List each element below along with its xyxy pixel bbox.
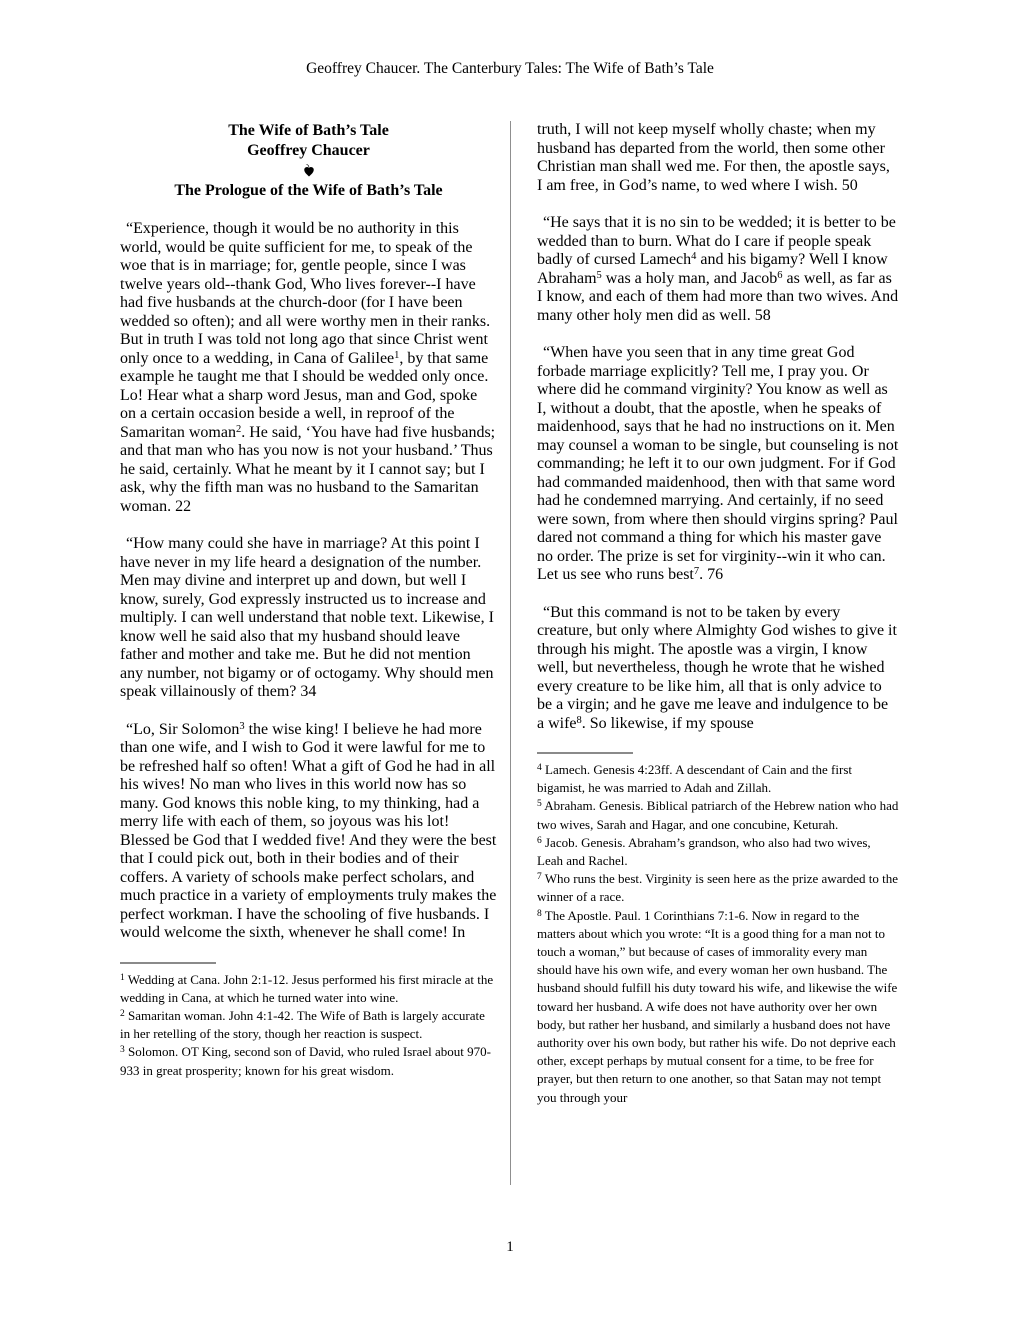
footnote-ref: 2 (236, 424, 241, 435)
footnote-ref: 5 (597, 270, 602, 281)
footnote-4: 4 Lamech. Genesis 4:23ff. A descendant o… (537, 761, 899, 797)
ornament-line (120, 161, 497, 181)
footnote-ref: 1 (120, 973, 125, 983)
footnote-3: 3 Solomon. OT King, second son of David,… (120, 1043, 497, 1079)
footnote-ref: 7 (694, 566, 699, 577)
page-number: 1 (0, 1238, 1020, 1256)
author-name: Geoffrey Chaucer (120, 141, 497, 161)
footnote-ref: 2 (120, 1009, 125, 1019)
footnote-7: 7 Who runs the best. Virginity is seen h… (537, 870, 899, 906)
footnote-separator (537, 752, 633, 754)
footnote-ref: 3 (239, 721, 244, 732)
paragraph-how-many: “How many could she have in marriage? At… (120, 535, 497, 702)
right-column: truth, I will not keep myself wholly cha… (537, 121, 899, 1185)
document-title: The Wife of Bath’s Tale (120, 121, 497, 141)
footnote-ref: 4 (691, 251, 696, 262)
running-header: Geoffrey Chaucer. The Canterbury Tales: … (0, 60, 1020, 78)
paragraph-but-this-command: “But this command is not to be taken by … (537, 604, 899, 734)
footnote-ref: 6 (537, 836, 542, 846)
document-page: Geoffrey Chaucer. The Canterbury Tales: … (0, 0, 1020, 1320)
floral-heart-icon (303, 161, 315, 178)
title-block: The Wife of Bath’s Tale Geoffrey Chaucer… (120, 121, 497, 201)
footnote-ref: 3 (120, 1045, 125, 1055)
footnote-1: 1 Wedding at Cana. John 2:1-12. Jesus pe… (120, 971, 497, 1007)
footnote-ref: 6 (777, 270, 782, 281)
footnote-ref: 4 (537, 763, 542, 773)
column-divider (510, 121, 511, 1185)
footnote-ref: 1 (394, 350, 399, 361)
footnote-6: 6 Jacob. Genesis. Abraham’s grandson, wh… (537, 834, 899, 870)
left-column: The Wife of Bath’s Tale Geoffrey Chaucer… (120, 121, 497, 1185)
footnote-5: 5 Abraham. Genesis. Biblical patriarch o… (537, 797, 899, 833)
paragraph-solomon: “Lo, Sir Solomon3 the wise king! I belie… (120, 721, 497, 943)
footnote-ref: 5 (537, 799, 542, 809)
two-column-content: The Wife of Bath’s Tale Geoffrey Chaucer… (120, 121, 900, 1185)
paragraph-he-says: “He says that it is no sin to be wedded;… (537, 214, 899, 325)
footnote-ref: 7 (537, 872, 542, 882)
paragraph-when-have-you-seen: “When have you seen that in any time gre… (537, 344, 899, 585)
footnote-separator (120, 962, 216, 964)
paragraph-truth-continuation: truth, I will not keep myself wholly cha… (537, 121, 899, 195)
footnote-2: 2 Samaritan woman. John 4:1-42. The Wife… (120, 1007, 497, 1043)
section-title: The Prologue of the Wife of Bath’s Tale (120, 181, 497, 201)
footnote-ref: 8 (577, 715, 582, 726)
footnote-8: 8 The Apostle. Paul. 1 Corinthians 7:1-6… (537, 907, 899, 1107)
footnote-ref: 8 (537, 909, 542, 919)
paragraph-experience: “Experience, though it would be no autho… (120, 220, 497, 516)
